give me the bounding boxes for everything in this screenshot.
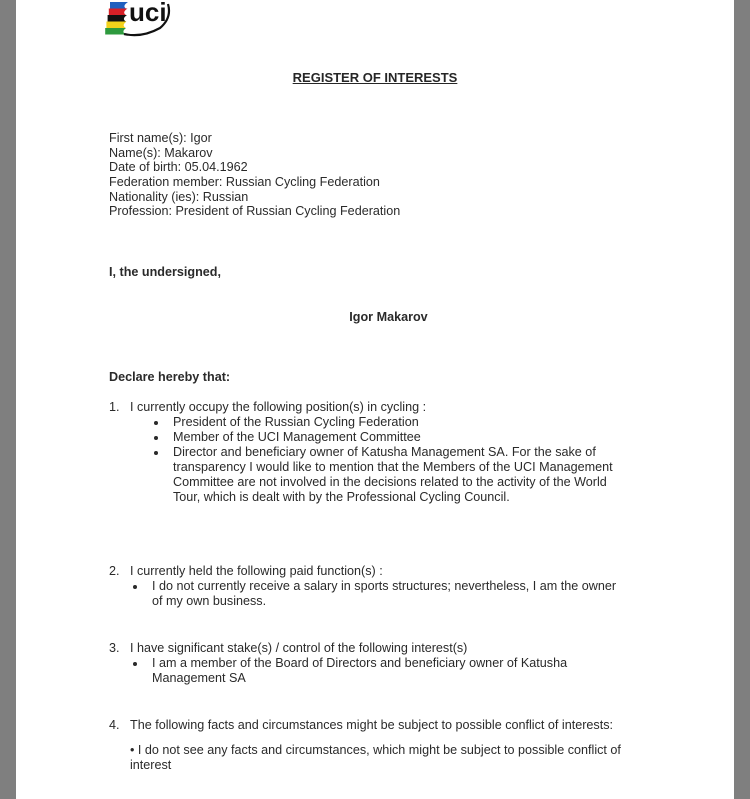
section-number: 3. bbox=[109, 641, 120, 656]
bullet-text: I do not currently receive a salary in s… bbox=[152, 579, 616, 594]
bullet-icon bbox=[133, 585, 137, 589]
first-name: First name(s): Igor bbox=[109, 131, 400, 146]
bullet-text: interest bbox=[130, 758, 171, 773]
document-title: REGISTER OF INTERESTS bbox=[16, 70, 734, 85]
bullet-text: Management SA bbox=[152, 671, 246, 686]
section-heading: I currently held the following paid func… bbox=[130, 564, 383, 579]
section-number: 1. bbox=[109, 400, 120, 415]
document-page: uci REGISTER OF INTERESTS First name(s):… bbox=[16, 0, 734, 799]
bullet-text: transparency I would like to mention tha… bbox=[173, 460, 613, 475]
bullet-text: Member of the UCI Management Committee bbox=[173, 430, 421, 445]
section-number: 4. bbox=[109, 718, 120, 733]
profession: Profession: President of Russian Cycling… bbox=[109, 204, 400, 219]
section-heading: I currently occupy the following positio… bbox=[130, 400, 426, 415]
bullet-icon bbox=[133, 662, 137, 666]
undersigned-label: I, the undersigned, bbox=[109, 265, 221, 280]
nationality: Nationality (ies): Russian bbox=[109, 190, 400, 205]
bullet-text: Director and beneficiary owner of Katush… bbox=[173, 445, 596, 460]
bullet-icon bbox=[154, 421, 158, 425]
bullet-text: I am a member of the Board of Directors … bbox=[152, 656, 567, 671]
signee-name: Igor Makarov bbox=[16, 310, 734, 325]
bullet-text: Tour, which is dealt with by the Profess… bbox=[173, 490, 510, 505]
section-number: 2. bbox=[109, 564, 120, 579]
bullet-text: President of the Russian Cycling Federat… bbox=[173, 415, 419, 430]
section-heading: I have significant stake(s) / control of… bbox=[130, 641, 467, 656]
bullet-icon bbox=[154, 451, 158, 455]
bullet-icon bbox=[154, 436, 158, 440]
bullet-text: of my own business. bbox=[152, 594, 266, 609]
uci-logo-icon: uci bbox=[102, 0, 174, 40]
federation-member: Federation member: Russian Cycling Feder… bbox=[109, 175, 400, 190]
bullet-text: • I do not see any facts and circumstanc… bbox=[130, 743, 621, 758]
declare-heading: Declare hereby that: bbox=[109, 370, 230, 385]
date-of-birth: Date of birth: 05.04.1962 bbox=[109, 160, 400, 175]
svg-text:uci: uci bbox=[129, 0, 167, 27]
last-name: Name(s): Makarov bbox=[109, 146, 400, 161]
bullet-text: Committee are not involved in the decisi… bbox=[173, 475, 607, 490]
personal-info: First name(s): Igor Name(s): Makarov Dat… bbox=[109, 131, 400, 219]
section-heading: The following facts and circumstances mi… bbox=[130, 718, 613, 733]
